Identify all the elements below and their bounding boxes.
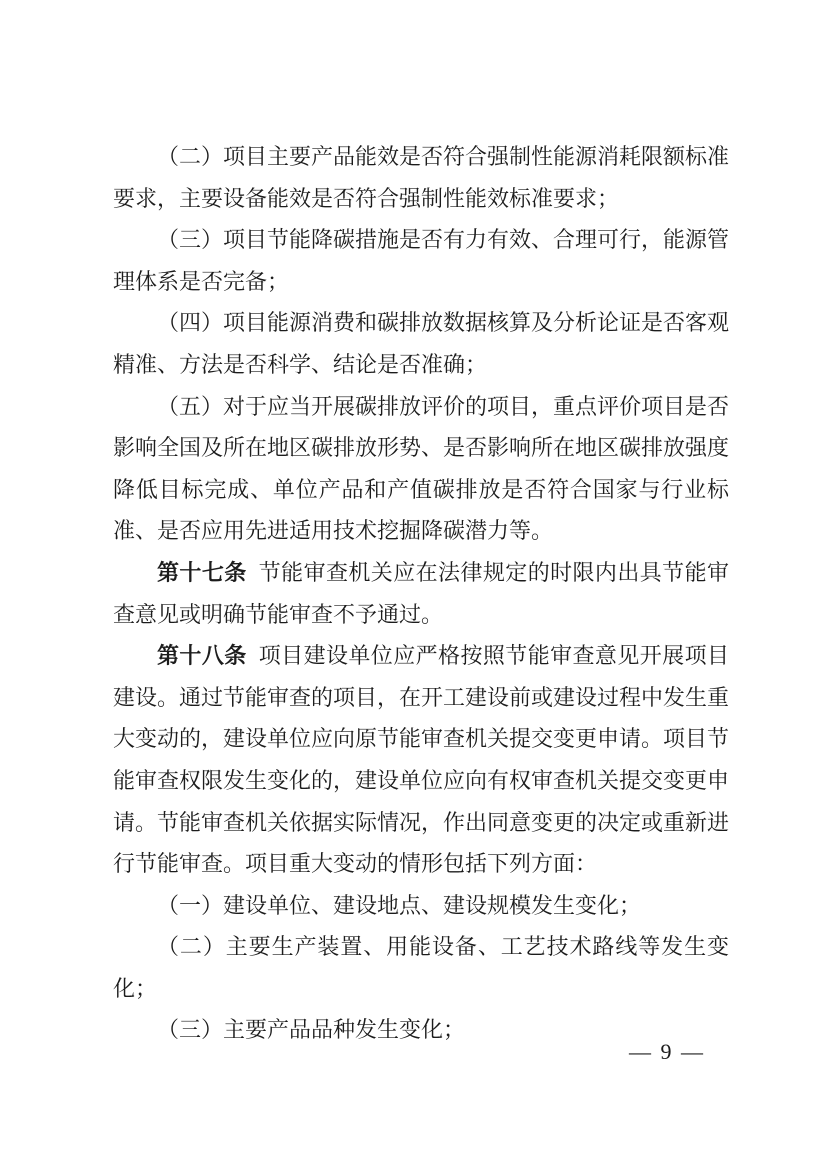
article-paragraph: 第十八条项目建设单位应严格按照节能审查意见开展项目建设。通过节能审查的项目，在开… [113, 635, 729, 885]
paragraph-text: （一）建设单位、建设地点、建设规模发生变化； [157, 893, 641, 918]
article-paragraph: 第十七条节能审查机关应在法律规定的时限内出具节能审查意见或明确节能审查不予通过。 [113, 552, 729, 635]
clause-paragraph: （三）项目节能降碳措施是否有力有效、合理可行，能源管理体系是否完备； [113, 219, 729, 302]
page-number: — 9 — [629, 1040, 705, 1064]
paragraph-text: （二）主要生产装置、用能设备、工艺技术路线等发生变化； [113, 934, 729, 1001]
article-number: 第十八条 [157, 643, 247, 668]
document-page: （二）项目主要产品能效是否符合强制性能源消耗限额标准要求，主要设备能效是否符合强… [0, 0, 826, 1169]
paragraph-text: （三）项目节能降碳措施是否有力有效、合理可行，能源管理体系是否完备； [113, 227, 729, 294]
paragraph-text: 项目建设单位应严格按照节能审查意见开展项目建设。通过节能审查的项目，在开工建设前… [113, 643, 729, 876]
paragraph-text: （四）项目能源消费和碳排放数据核算及分析论证是否客观精准、方法是否科学、结论是否… [113, 310, 729, 377]
clause-paragraph: （五）对于应当开展碳排放评价的项目，重点评价项目是否影响全国及所在地区碳排放形势… [113, 386, 729, 552]
document-text-block: （二）项目主要产品能效是否符合强制性能源消耗限额标准要求，主要设备能效是否符合强… [113, 136, 729, 1051]
article-number: 第十七条 [157, 560, 247, 585]
paragraph-text: （二）项目主要产品能效是否符合强制性能源消耗限额标准要求，主要设备能效是否符合强… [113, 144, 729, 211]
clause-paragraph: （二）项目主要产品能效是否符合强制性能源消耗限额标准要求，主要设备能效是否符合强… [113, 136, 729, 219]
clause-paragraph: （四）项目能源消费和碳排放数据核算及分析论证是否客观精准、方法是否科学、结论是否… [113, 302, 729, 385]
clause-paragraph: （二）主要生产装置、用能设备、工艺技术路线等发生变化； [113, 926, 729, 1009]
clause-paragraph: （一）建设单位、建设地点、建设规模发生变化； [113, 885, 729, 927]
paragraph-text: （三）主要产品品种发生变化； [157, 1017, 465, 1042]
paragraph-text: （五）对于应当开展碳排放评价的项目，重点评价项目是否影响全国及所在地区碳排放形势… [113, 394, 729, 544]
